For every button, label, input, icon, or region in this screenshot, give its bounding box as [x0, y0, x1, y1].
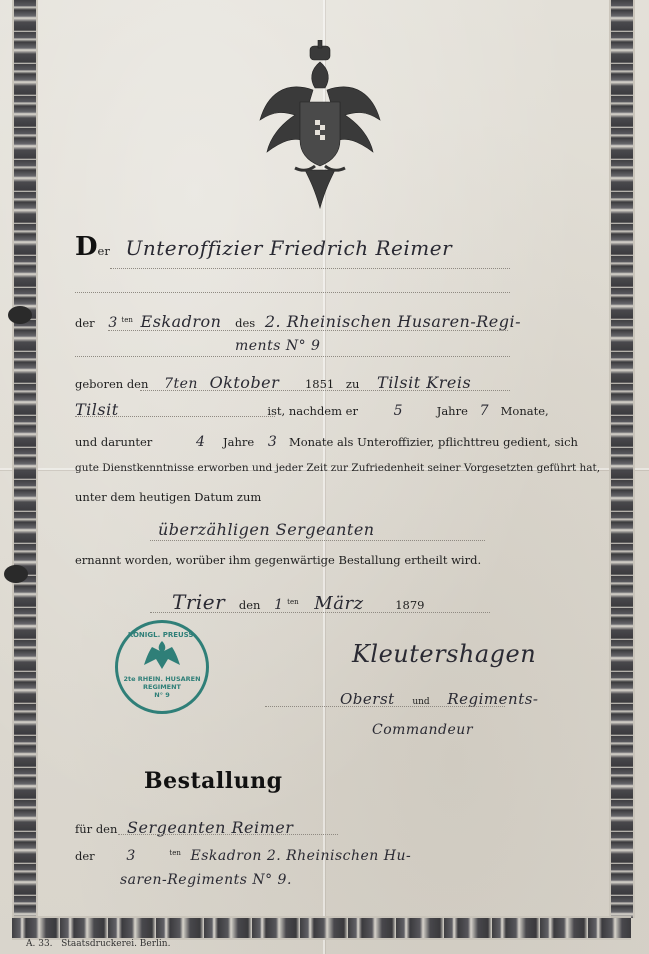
fill-line [150, 540, 485, 541]
document-title: Bestallung [144, 768, 282, 794]
fill-line [140, 390, 510, 391]
regimental-seal-stamp: KÖNIGL. PREUSS. 2te RHEIN. HUSAREN REGIM… [115, 620, 209, 714]
ordinal-suffix: ten [169, 849, 180, 857]
punch-hole-icon [8, 306, 32, 324]
handwritten-summary-unit-cont: saren-Regiments N° 9. [120, 872, 292, 888]
drop-cap-initial: D [75, 232, 98, 262]
handwritten-regiment: 2. Rheinischen Husaren-Regi- [265, 312, 521, 331]
ornamental-border-bottom [12, 916, 631, 940]
handwritten-title-commandeur: Commandeur [372, 722, 473, 738]
birth-year: 1851 [305, 377, 334, 391]
handwritten-years: 5 [394, 403, 403, 419]
label-geboren: geboren den [75, 377, 148, 391]
handwritten-rank-name: Unteroffizier Friedrich Reimer [126, 236, 453, 260]
fill-line [150, 612, 490, 613]
summary-line-2: der 3 ten Eskadron 2. Rheinischen Hu- [75, 848, 411, 864]
form-number: A. 33. [26, 939, 53, 949]
seal-text-line: 2te RHEIN. HUSAREN [118, 675, 206, 683]
handwritten-summary-unit: Eskadron 2. Rheinischen Hu- [191, 848, 412, 864]
handwritten-unit: Eskadron [141, 312, 222, 331]
fill-line [110, 268, 510, 269]
seal-bottom-text: 2te RHEIN. HUSAREN REGIMENT N° 9 [118, 675, 206, 699]
fill-line [118, 834, 338, 835]
imperial-eagle-icon [255, 40, 385, 210]
printer-name: Staatsdruckerei. Berlin. [61, 939, 170, 949]
label-fuer-den: für den [75, 822, 117, 836]
punch-hole-icon [4, 565, 28, 583]
fill-line [75, 416, 275, 417]
label-jahre: Jahre [437, 404, 468, 418]
opening-line: Der Unteroffizier Friedrich Reimer [75, 232, 452, 262]
label-der: der [75, 316, 95, 330]
label-monate: Monate, [501, 404, 549, 418]
service-text: ist, nachdem er [267, 404, 358, 418]
handwritten-regiment-cont: ments N° 9 [235, 338, 320, 354]
conduct-line: gute Dienstkenntnisse erworben und jeder… [75, 462, 600, 474]
handwritten-date-day: 1 [274, 597, 283, 613]
handwritten-ordinal: 3 [108, 315, 117, 331]
handwritten-summary-ordinal: 3 [126, 848, 135, 864]
handwritten-nco-months: 3 [268, 434, 277, 450]
fill-line [108, 330, 508, 331]
label-jahre: Jahre [223, 435, 254, 449]
date-intro-line: unter dem heutigen Datum zum [75, 490, 261, 504]
opening-word: er [98, 244, 110, 258]
label-darunter: und darunter [75, 435, 152, 449]
place-date-line: Trier den 1 ten März 1879 [172, 590, 424, 614]
seal-text-line: REGIMENT [118, 683, 206, 691]
handwritten-new-rank: überzähligen Sergeanten [158, 520, 375, 539]
closing-line: ernannt worden, worüber ihm gegenwärtige… [75, 553, 481, 567]
seal-text-line: N° 9 [118, 691, 206, 699]
fill-line [75, 356, 510, 357]
handwritten-date-month: März [314, 593, 363, 614]
seal-top-text: KÖNIGL. PREUSS. [118, 631, 206, 639]
seal-eagle-icon [142, 639, 182, 671]
label-des: des [235, 316, 255, 330]
label-den: den [239, 598, 261, 612]
unit-line: der 3 ten Eskadron des 2. Rheinischen Hu… [75, 312, 521, 331]
ornamental-border-right [609, 0, 635, 918]
day-suffix: ten [287, 598, 298, 606]
date-year: 1879 [395, 598, 424, 612]
label-zu: zu [346, 377, 359, 391]
handwritten-place: Trier [172, 590, 225, 614]
document-paper: Der Unteroffizier Friedrich Reimer der 3… [0, 0, 649, 954]
signature: Kleutershagen [352, 640, 536, 668]
nco-line: und darunter 4 Jahre 3 Monate als Untero… [75, 434, 578, 450]
nco-text: Monate als Unteroffizier, pflichttreu ge… [289, 435, 578, 449]
printer-imprint: A. 33. Staatsdruckerei. Berlin. [26, 939, 170, 949]
handwritten-nco-years: 4 [196, 434, 205, 450]
handwritten-months: 7 [480, 403, 489, 419]
fill-line [265, 706, 505, 707]
ornamental-border-left [12, 0, 38, 918]
label-der: der [75, 849, 95, 863]
ordinal-suffix: ten [121, 316, 132, 324]
fill-line [75, 292, 510, 293]
